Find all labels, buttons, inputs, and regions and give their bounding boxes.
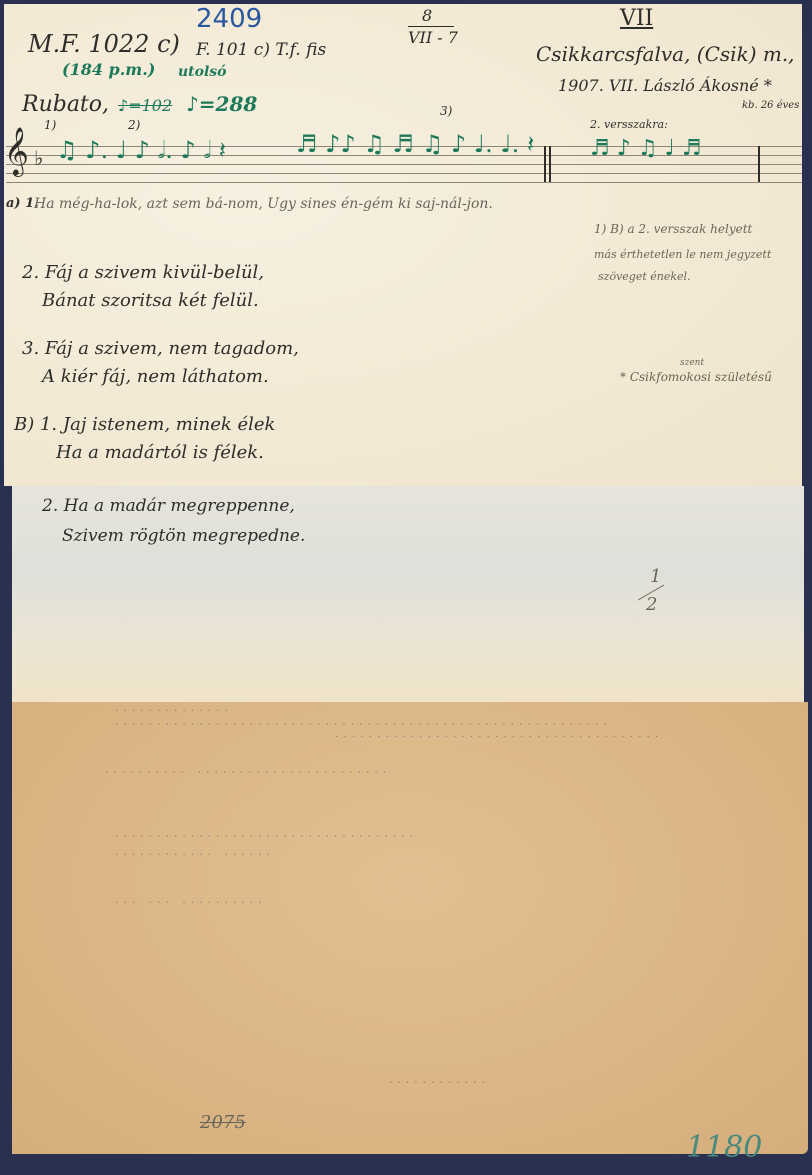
verse-number: 2. bbox=[22, 262, 39, 283]
side-note-line: szöveget énekel. bbox=[598, 270, 691, 283]
typed-dots: .................................... bbox=[114, 830, 417, 840]
typed-dots: ............ bbox=[388, 1076, 489, 1086]
tempo-struck: ♪=102 bbox=[118, 96, 172, 115]
verse-line: Ha a madártól is félek. bbox=[56, 442, 264, 463]
double-barline bbox=[544, 146, 546, 182]
fraction-bottom: VII - 7 bbox=[408, 28, 458, 47]
fraction-bar bbox=[408, 26, 454, 27]
place-name: Csikkarcsfalva, (Csik) m., bbox=[536, 42, 795, 66]
underlying-sheet bbox=[12, 486, 804, 702]
date-singer: 1907. VII. László Ákosné * bbox=[558, 76, 772, 95]
page-fraction-bottom: 2 bbox=[646, 594, 657, 615]
side-note-line: 1) B) a 2. versszak helyett bbox=[594, 222, 752, 236]
double-barline-2 bbox=[549, 146, 551, 182]
notes-measure-2: ♬ ♪♪ ♫ ♬ ♫ ♪ ♩. ♩. 𝄽 bbox=[296, 130, 534, 158]
verse-marker-1: 1) bbox=[44, 118, 56, 132]
verse-number: 3. bbox=[22, 338, 39, 359]
verse-line: Jaj istenem, minek élek bbox=[63, 414, 276, 435]
tempo-label: Rubato, bbox=[22, 92, 109, 117]
side-note-sup: szent bbox=[680, 358, 704, 368]
typed-dots: .......... ....................... bbox=[104, 766, 390, 776]
flat-icon: ♭ bbox=[34, 146, 43, 170]
typed-dots: .............. bbox=[114, 704, 232, 714]
tempo-new: ♪=288 bbox=[186, 92, 257, 116]
typed-dots: ....................................... bbox=[334, 730, 662, 740]
page-ref: (184 p.m.) bbox=[62, 60, 155, 79]
verse-line: A kiér fáj, nem láthatom. bbox=[42, 366, 269, 387]
verse1-lyrics: Ha még-ha-lok, azt sem bá-nom, Ugy sines… bbox=[34, 196, 493, 212]
second-verse-label: 2. versszakra: bbox=[590, 118, 668, 131]
page-fraction-top: 1 bbox=[650, 566, 661, 587]
notes-variants: ♬ ♪ ♫ ♩ ♬ bbox=[590, 136, 702, 161]
archive-number: 2409 bbox=[196, 4, 262, 34]
verse-marker-2: 2) bbox=[128, 118, 140, 132]
verse-line: Fáj a szivem kivül-belül, bbox=[45, 262, 264, 283]
verse-number: B) 1. bbox=[14, 414, 57, 435]
roman-numeral: VII bbox=[620, 6, 653, 31]
verse-line: Szivem rögtön megrepedne. bbox=[62, 526, 305, 546]
side-note-line: más érthetetlen le nem jegyzett bbox=[594, 248, 771, 261]
last-note-label: utolsó bbox=[178, 64, 227, 80]
verse-line: Fáj a szivem, nem tagadom, bbox=[45, 338, 299, 359]
verse-number: 2. bbox=[42, 496, 58, 516]
singer-age: kb. 26 éves bbox=[742, 100, 799, 111]
treble-clef-icon: 𝄞 bbox=[4, 130, 29, 172]
verse-marker-3: 3) bbox=[440, 104, 452, 118]
archive-id: 1180 bbox=[686, 1130, 762, 1165]
end-barline bbox=[758, 146, 760, 182]
fraction-top: 8 bbox=[422, 6, 432, 25]
typed-dots: ........................................… bbox=[114, 718, 611, 728]
notes-measure-1: ♫ ♪. ♩ ♪ 𝅗𝅥. ♪ 𝅗𝅥 𝄽 bbox=[56, 136, 226, 164]
verse-line: Ha a madár megreppenne, bbox=[64, 496, 295, 516]
struck-number: 2075 bbox=[200, 1112, 246, 1133]
verse-line: Bánat szoritsa két felül. bbox=[42, 290, 259, 311]
catalog-extra: F. 101 c) T.f. fis bbox=[196, 40, 326, 60]
catalog-ref: M.F. 1022 c) bbox=[28, 30, 180, 58]
typed-dots: ... ... .......... bbox=[114, 896, 266, 906]
typed-dots: ............ ...... bbox=[114, 848, 274, 858]
side-note-line: * Csikfomokosi születésű bbox=[620, 370, 772, 384]
